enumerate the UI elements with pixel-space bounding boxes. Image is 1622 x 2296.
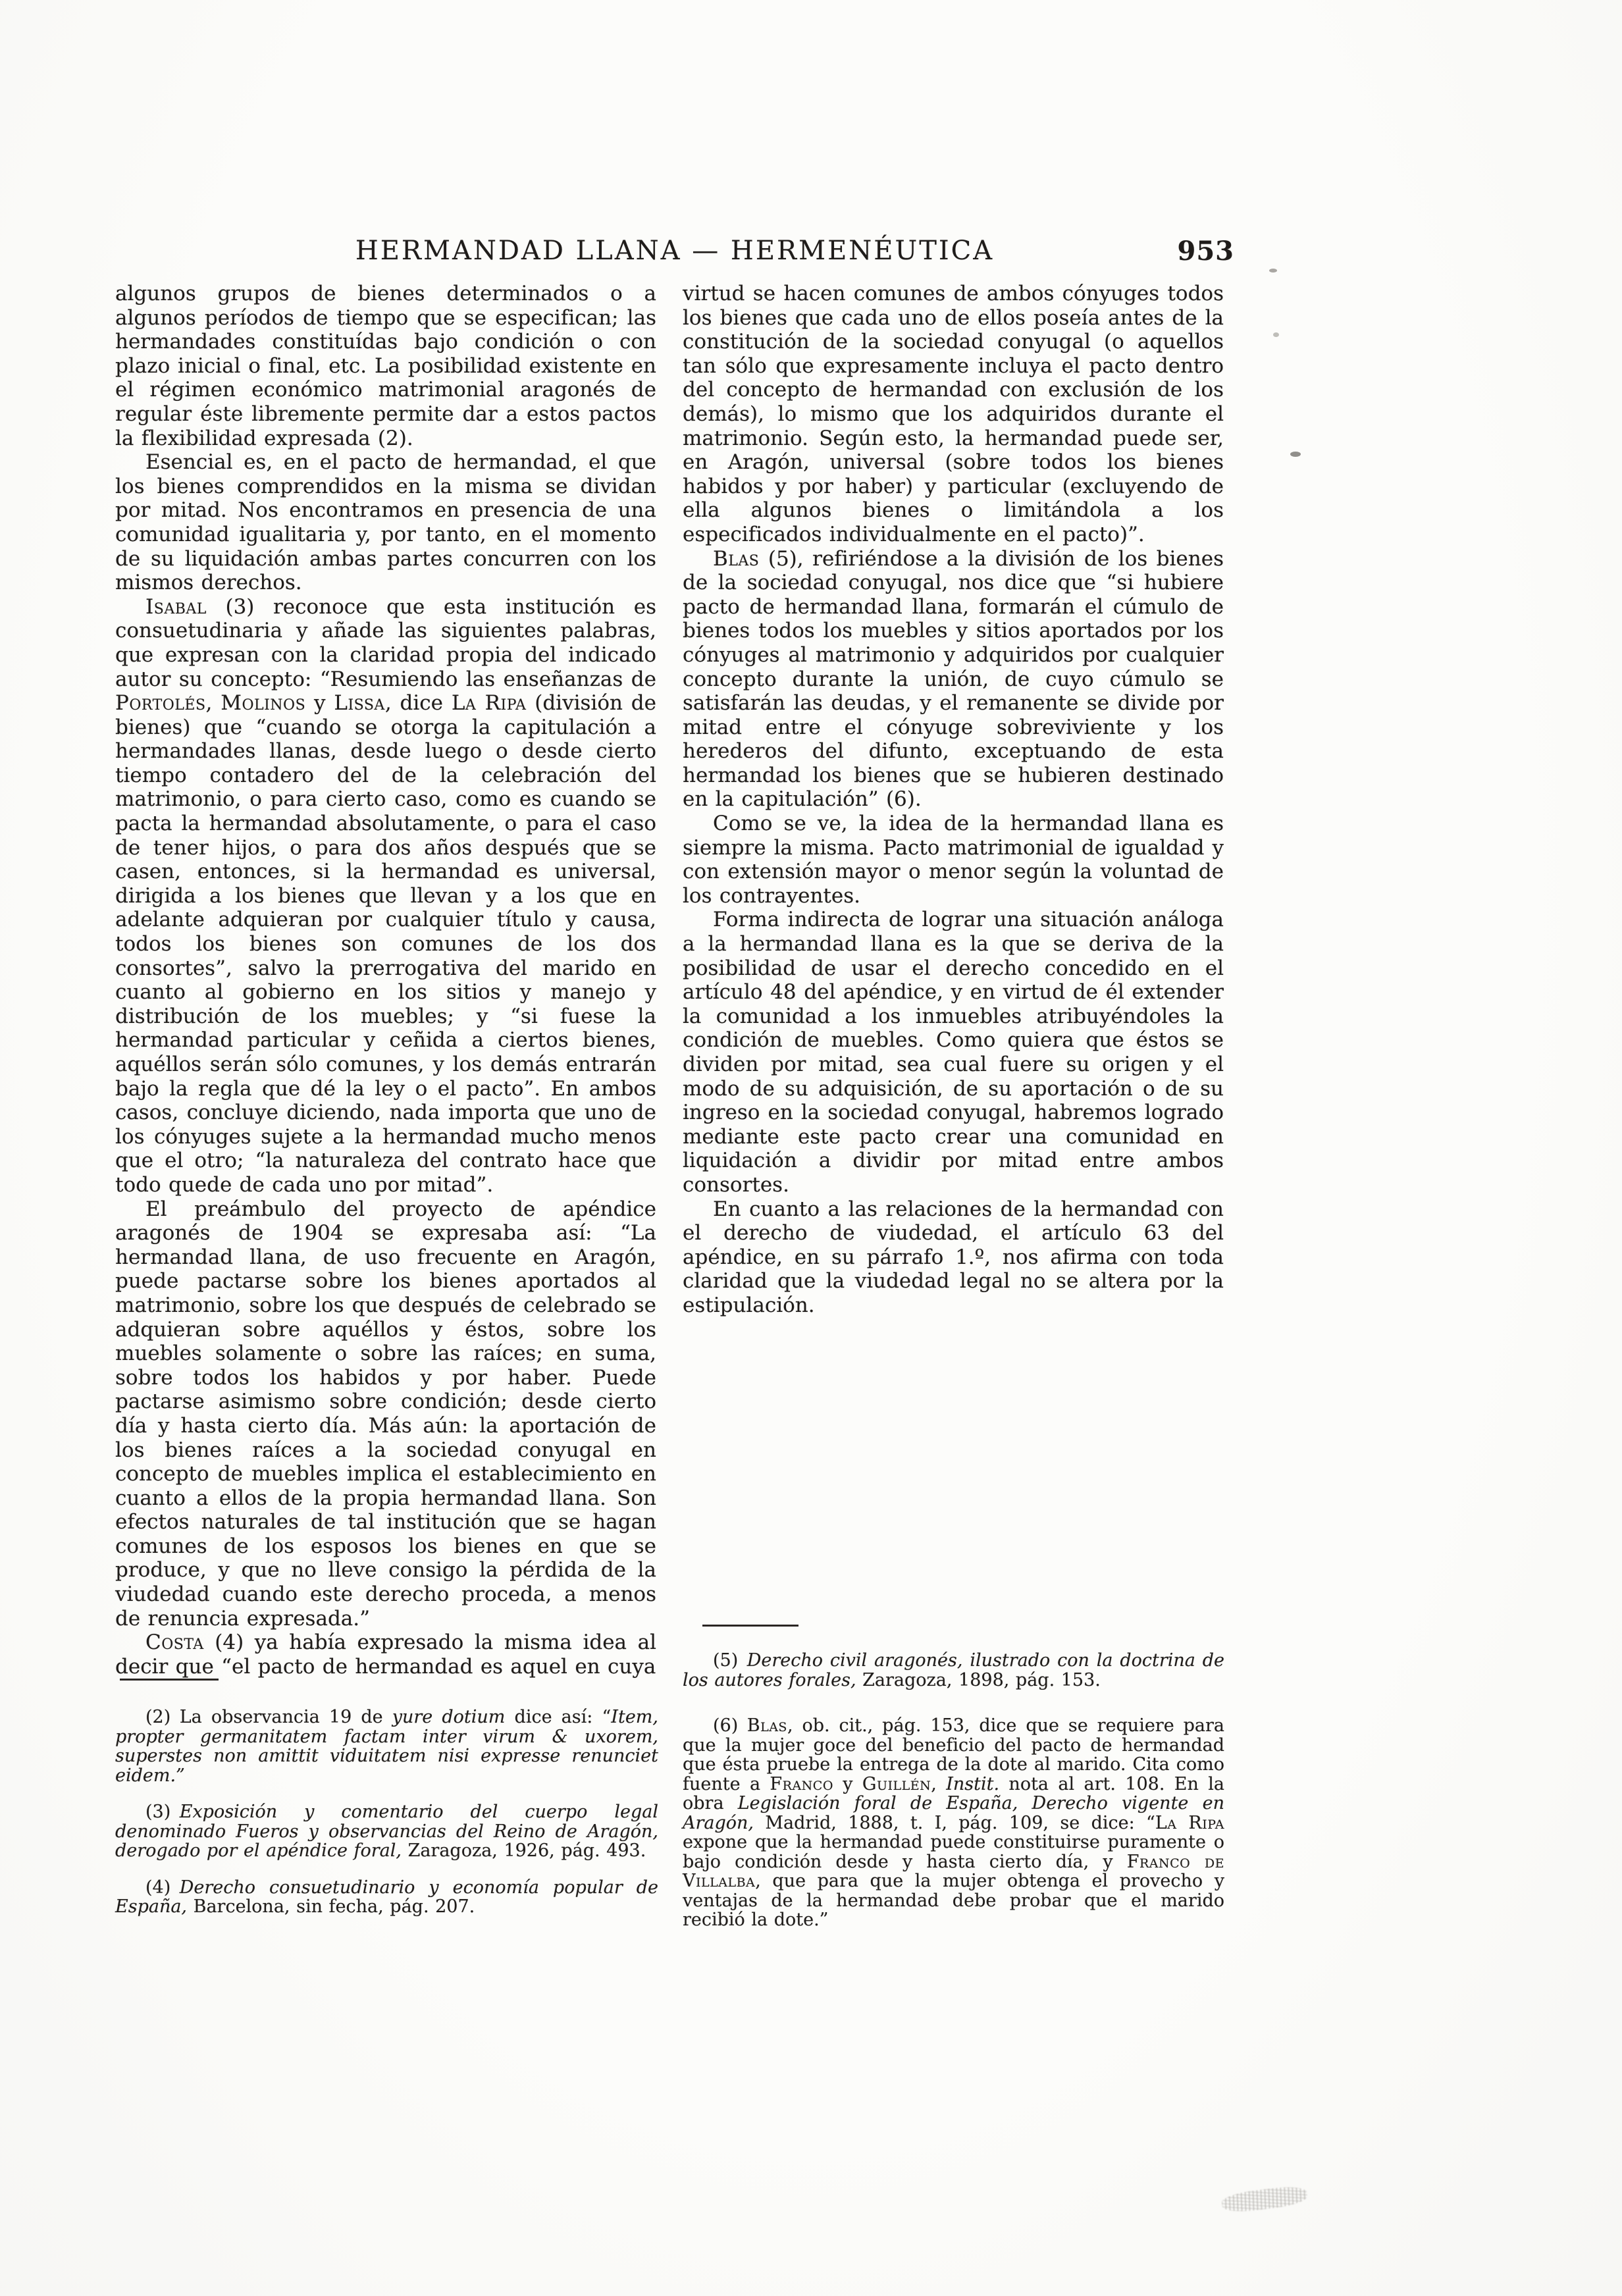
text-segment: Forma indirecta de lograr una situación … — [683, 908, 1224, 1197]
scan-speck — [1269, 269, 1277, 273]
paragraph: Forma indirecta de lograr una situación … — [683, 908, 1224, 1197]
paragraph: Esencial es, en el pacto de hermandad, e… — [115, 450, 656, 595]
text-segment: dice así: “ — [505, 1707, 611, 1727]
text-segment: Blas — [747, 1715, 787, 1736]
text-segment: , — [931, 1774, 946, 1794]
text-segment: Lissa — [334, 691, 384, 715]
text-segment: Costa — [145, 1631, 204, 1654]
text-segment: El preámbulo del proyecto de apéndice ar… — [115, 1197, 656, 1631]
paragraph: Isabal (3) reconoce que esta institución… — [115, 595, 656, 1197]
text-segment: Franco — [770, 1774, 833, 1794]
footnote: (3) Exposición y comentario del cuerpo l… — [115, 1802, 658, 1861]
page-number: 953 — [1178, 236, 1235, 267]
text-segment: Zaragoza, 1898, pág. 153. — [856, 1670, 1101, 1690]
footnote: (6) Blas, ob. cit., pág. 153, dice que s… — [683, 1716, 1224, 1930]
text-segment: Esencial es, en el pacto de hermandad, e… — [115, 450, 656, 594]
footnote-rule-left — [120, 1679, 219, 1681]
scan-smudge — [1221, 2184, 1309, 2214]
scanned-book-page: HERMANDAD LLANA — HERMENÉUTICA 953 algun… — [0, 0, 1622, 2296]
footnote: (4) Derecho consuetudinario y economía p… — [115, 1878, 658, 1917]
text-segment: (6) — [713, 1715, 747, 1736]
scan-speck — [1290, 452, 1301, 457]
text-segment: (5) — [713, 1650, 747, 1671]
text-segment: En cuanto a las relaciones de la hermand… — [683, 1197, 1224, 1317]
text-segment: La Ripa — [1155, 1813, 1224, 1833]
footnotes-right: (5) Derecho civil aragonés, ilustrado co… — [683, 1651, 1224, 1956]
text-segment: , que para que la mujer obtenga el prove… — [683, 1871, 1224, 1930]
page-header: HERMANDAD LLANA — HERMENÉUTICA 953 — [115, 236, 1234, 273]
text-segment: (3) — [145, 1802, 180, 1822]
text-segment: (2) La observancia 19 de — [145, 1707, 392, 1727]
scan-speck — [1273, 332, 1279, 337]
paragraph: virtud se hacen comunes de ambos cónyuge… — [683, 282, 1224, 547]
footnote-rule-right — [702, 1625, 798, 1627]
text-segment: , dice — [385, 691, 452, 715]
text-segment: Como se ve, la idea de la hermandad llan… — [683, 812, 1224, 908]
text-segment: La Ripa — [452, 691, 527, 715]
paragraph: El preámbulo del proyecto de apéndice ar… — [115, 1197, 656, 1631]
text-segment: y — [833, 1774, 862, 1794]
text-segment: Barcelona, sin fecha, pág. 207. — [187, 1896, 475, 1917]
running-head-title: HERMANDAD LLANA — HERMENÉUTICA — [355, 236, 994, 266]
paragraph: Como se ve, la idea de la hermandad llan… — [683, 812, 1224, 908]
text-segment: , — [206, 691, 221, 715]
right-column: virtud se hacen comunes de ambos cónyuge… — [683, 282, 1224, 1679]
text-segment: (división de bienes) que “cuando se otor… — [115, 691, 656, 1197]
text-segment: Blas — [713, 547, 759, 571]
footnotes-left: (2) La observancia 19 de yure dotium dic… — [115, 1708, 658, 1934]
paragraph: Costa (4) ya había expresado la misma id… — [115, 1631, 656, 1679]
text-segment: Madrid, 1888, t. I, pág. 109, se dice: “ — [754, 1813, 1155, 1833]
text-segment: Zaragoza, 1926, pág. 493. — [402, 1840, 646, 1861]
text-segment: yure dotium — [392, 1707, 506, 1727]
text-segment: Instit. — [946, 1774, 999, 1794]
text-segment: y — [305, 691, 334, 715]
footnote: (2) La observancia 19 de yure dotium dic… — [115, 1708, 658, 1785]
text-segment: (4) — [145, 1877, 180, 1898]
text-columns: algunos grupos de bienes determinados o … — [115, 282, 1224, 1679]
text-segment: algunos grupos de bienes determinados o … — [115, 282, 656, 450]
text-segment: Molinos — [221, 691, 305, 715]
text-segment: Isabal — [145, 595, 207, 619]
text-segment: (5), refiriéndose a la división de los b… — [683, 547, 1224, 812]
paragraph: En cuanto a las relaciones de la hermand… — [683, 1197, 1224, 1318]
left-column: algunos grupos de bienes determinados o … — [115, 282, 656, 1679]
paragraph: algunos grupos de bienes determinados o … — [115, 282, 656, 450]
text-segment: Portolés — [115, 691, 206, 715]
text-segment: virtud se hacen comunes de ambos cónyuge… — [683, 282, 1224, 546]
paragraph: Blas (5), refiriéndose a la división de … — [683, 547, 1224, 812]
text-segment: Guillén — [862, 1774, 931, 1794]
footnote: (5) Derecho civil aragonés, ilustrado co… — [683, 1651, 1224, 1690]
